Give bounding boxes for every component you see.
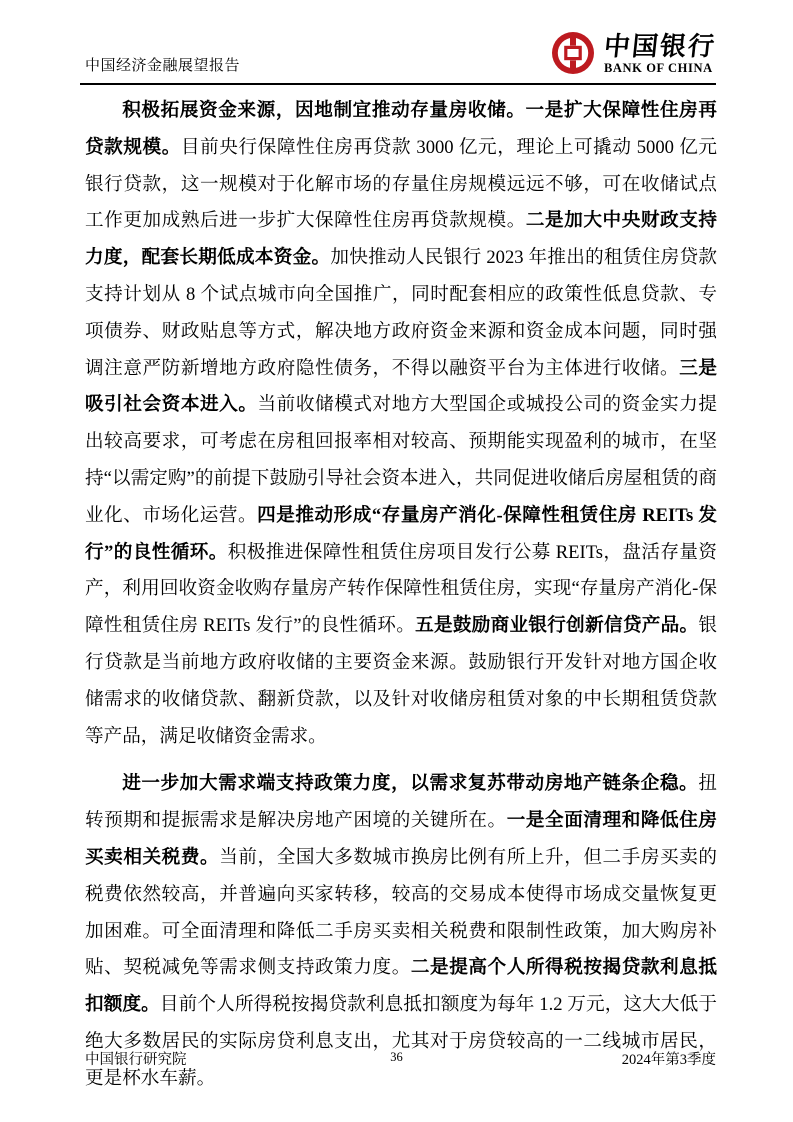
body-paragraph-1: 积极拓展资金来源，因地制宜推动存量房收储。一是扩大保障性住房再贷款规模。目前央行… [85, 93, 717, 755]
report-title: 中国经济金融展望报告 [85, 54, 240, 75]
text-segment: 目前个人所得税按揭贷款利息抵扣额度为每年 1.2 万元，这大大低于绝大多数居民的… [85, 994, 717, 1089]
bank-of-china-logo: 中国银行 BANK OF CHINA [551, 31, 716, 77]
logo-name-cn: 中国银行 [603, 33, 718, 61]
logo-name-en: BANK OF CHINA [604, 61, 713, 76]
bold-text-segment: 进一步加大需求端支持政策力度，以需求复苏带动房地产链条企稳。 [122, 773, 698, 794]
document-page: 中国经济金融展望报告 中国银行 BANK OF CHINA 积极拓展资金来源，因… [0, 0, 793, 1122]
bank-of-china-emblem-icon [551, 31, 595, 77]
document-body: 积极拓展资金来源，因地制宜推动存量房收储。一是扩大保障性住房再贷款规模。目前央行… [85, 93, 717, 1098]
logo-wordmark: 中国银行 BANK OF CHINA [604, 33, 716, 76]
header-divider [80, 83, 716, 85]
footer-issue: 2024年第3季度 [622, 1048, 716, 1069]
bold-text-segment: 五是鼓励商业银行创新信贷产品。 [415, 615, 698, 636]
